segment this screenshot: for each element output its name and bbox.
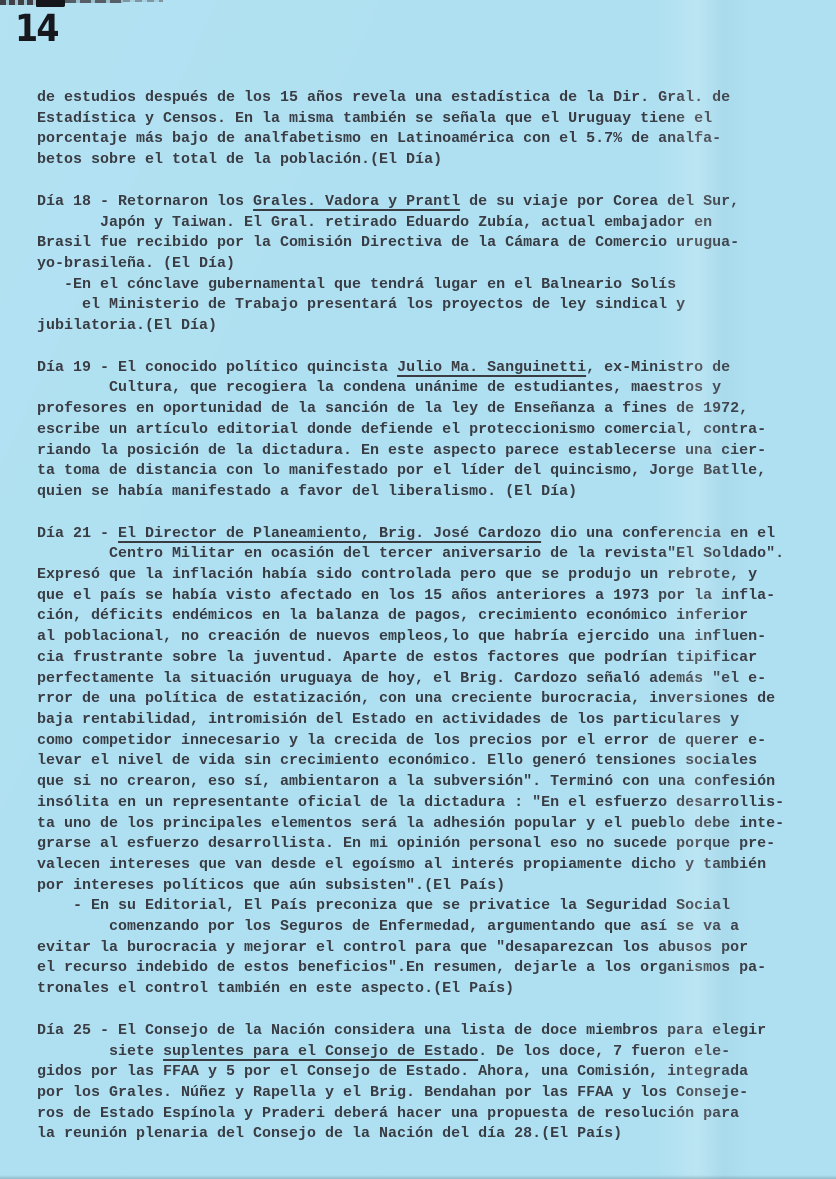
text-segment: levar el nivel de vida sin crecimiento e… — [37, 752, 757, 769]
text-segment: - En su Editorial, El País preconiza que… — [37, 897, 730, 914]
paragraph-dia-25: Día 25 - El Consejo de la Nación conside… — [37, 1021, 827, 1145]
text-line: por intereses políticos que aún subsiste… — [37, 876, 827, 897]
scan-mark — [36, 0, 65, 7]
text-segment: valecen intereses que van desde el egoís… — [37, 856, 766, 873]
scan-mark — [123, 0, 163, 2]
text-line: -En el cónclave gubernamental que tendrá… — [37, 275, 827, 296]
scan-mark — [0, 0, 38, 5]
text-segment: Japón y Taiwan. El Gral. retirado Eduard… — [37, 214, 712, 231]
text-segment: de estudios después de los 15 años revel… — [37, 89, 730, 106]
paragraph-dia-21: Día 21 - El Director de Planeamiento, Br… — [37, 524, 827, 1000]
paragraph-intro: de estudios después de los 15 años revel… — [37, 88, 827, 171]
text-segment: insólita en un representante oficial de … — [37, 794, 784, 811]
text-line: por los Grales. Núñez y Rapella y el Bri… — [37, 1083, 827, 1104]
text-line: Día 18 - Retornaron los Grales. Vadora y… — [37, 192, 827, 213]
text-line: porcentaje más bajo de analfabetismo en … — [37, 129, 827, 150]
underlined-text: Julio Ma. Sanguinetti — [397, 359, 586, 376]
text-segment: el Ministerio de Trabajo presentará los … — [37, 296, 685, 313]
text-line: que si no crearon, eso sí, ambientaron a… — [37, 772, 827, 793]
text-line: como competidor innecesario y la crecida… — [37, 731, 827, 752]
text-line: grarse al esfuerzo desarrollista. En mi … — [37, 834, 827, 855]
text-line: que el país se había visto afectado en l… — [37, 586, 827, 607]
text-segment: jubilatoria.(El Día) — [37, 317, 217, 334]
text-segment: la reunión plenaria del Consejo de la Na… — [37, 1125, 622, 1142]
text-line: insólita en un representante oficial de … — [37, 793, 827, 814]
text-segment: quien se había manifestado a favor del l… — [37, 483, 577, 500]
text-line: valecen intereses que van desde el egoís… — [37, 855, 827, 876]
text-line: de estudios después de los 15 años revel… — [37, 88, 827, 109]
text-segment: como competidor innecesario y la crecida… — [37, 732, 766, 749]
text-segment: Día 19 - El conocido político quincista — [37, 359, 397, 376]
text-line: Centro Militar en ocasión del tercer ani… — [37, 544, 827, 565]
text-segment: el recurso indebido de estos beneficios"… — [37, 959, 766, 976]
text-segment: Día 21 - — [37, 525, 118, 542]
scanned-page: 14 de estudios después de los 15 años re… — [0, 0, 836, 1179]
text-segment: ros de Estado Espínola y Praderi deberá … — [37, 1105, 739, 1122]
text-segment: rror de una política de estatización, co… — [37, 690, 775, 707]
text-line: perfectamente la situación uruguaya de h… — [37, 669, 827, 690]
text-line: riando la posición de la dictadura. En e… — [37, 441, 827, 462]
text-line: Estadística y Censos. En la misma tambié… — [37, 109, 827, 130]
text-line: al poblacional, no creación de nuevos em… — [37, 627, 827, 648]
text-segment: Estadística y Censos. En la misma tambié… — [37, 110, 712, 127]
text-segment: siete — [37, 1043, 163, 1060]
text-segment: porcentaje más bajo de analfabetismo en … — [37, 130, 721, 147]
text-segment: comenzando por los Seguros de Enfermedad… — [37, 918, 739, 935]
text-segment: riando la posición de la dictadura. En e… — [37, 442, 766, 459]
text-segment: -En el cónclave gubernamental que tendrá… — [37, 276, 676, 293]
text-line: ros de Estado Espínola y Praderi deberá … — [37, 1104, 827, 1125]
text-segment: Día 25 - El Consejo de la Nación conside… — [37, 1022, 766, 1039]
text-segment: betos sobre el total de la población.(El… — [37, 151, 442, 168]
text-line: Cultura, que recogiera la condena unánim… — [37, 378, 827, 399]
text-segment: Expresó que la inflación había sido cont… — [37, 566, 757, 583]
text-line: rror de una política de estatización, co… — [37, 689, 827, 710]
text-segment: al poblacional, no creación de nuevos em… — [37, 628, 766, 645]
text-segment: profesores en oportunidad de la sanción … — [37, 400, 748, 417]
text-segment: ta uno de los principales elementos será… — [37, 815, 784, 832]
text-segment: Cultura, que recogiera la condena unánim… — [37, 379, 721, 396]
underlined-text: suplentes para el Consejo de Estado — [163, 1043, 478, 1060]
text-segment: . De los doce, 7 fueron ele- — [478, 1043, 730, 1060]
text-segment: evitar la burocracia y mejorar el contro… — [37, 939, 748, 956]
text-segment: de su viaje por Corea del Sur, — [460, 193, 739, 210]
text-line: baja rentabilidad, intromisión del Estad… — [37, 710, 827, 731]
document-text: de estudios después de los 15 años revel… — [37, 88, 827, 1166]
text-segment: yo-brasileña. (El Día) — [37, 255, 235, 272]
paragraph-dia-18: Día 18 - Retornaron los Grales. Vadora y… — [37, 192, 827, 337]
text-segment: que si no crearon, eso sí, ambientaron a… — [37, 773, 775, 790]
text-line: evitar la burocracia y mejorar el contro… — [37, 938, 827, 959]
text-segment: baja rentabilidad, intromisión del Estad… — [37, 711, 739, 728]
text-line: levar el nivel de vida sin crecimiento e… — [37, 751, 827, 772]
text-line: ta toma de distancia con lo manifestado … — [37, 461, 827, 482]
text-segment: ción, déficits endémicos en la balanza d… — [37, 607, 748, 624]
text-line: el recurso indebido de estos beneficios"… — [37, 958, 827, 979]
text-line: Japón y Taiwan. El Gral. retirado Eduard… — [37, 213, 827, 234]
text-segment: Día 18 - Retornaron los — [37, 193, 253, 210]
text-segment: que el país se había visto afectado en l… — [37, 587, 775, 604]
scan-mark — [65, 0, 123, 3]
text-line: jubilatoria.(El Día) — [37, 316, 827, 337]
underlined-text: Grales. Vadora y Prantl — [253, 193, 460, 210]
text-segment: gidos por las FFAA y 5 por el Consejo de… — [37, 1063, 748, 1080]
text-segment: por los Grales. Núñez y Rapella y el Bri… — [37, 1084, 748, 1101]
text-segment: ta toma de distancia con lo manifestado … — [37, 462, 766, 479]
page-number: 14 — [15, 10, 58, 47]
text-segment: cia frustrante sobre la juventud. Aparte… — [37, 649, 757, 666]
paragraph-dia-19: Día 19 - El conocido político quincista … — [37, 358, 827, 503]
underlined-text: El Director de Planeamiento, Brig. José … — [118, 525, 541, 542]
text-line: quien se había manifestado a favor del l… — [37, 482, 827, 503]
text-line: cia frustrante sobre la juventud. Aparte… — [37, 648, 827, 669]
text-line: ta uno de los principales elementos será… — [37, 814, 827, 835]
text-line: Expresó que la inflación había sido cont… — [37, 565, 827, 586]
text-line: Día 21 - El Director de Planeamiento, Br… — [37, 524, 827, 545]
text-line: gidos por las FFAA y 5 por el Consejo de… — [37, 1062, 827, 1083]
text-line: Brasil fue recibido por la Comisión Dire… — [37, 233, 827, 254]
text-line: ción, déficits endémicos en la balanza d… — [37, 606, 827, 627]
text-line: comenzando por los Seguros de Enfermedad… — [37, 917, 827, 938]
text-segment: por intereses políticos que aún subsiste… — [37, 877, 505, 894]
text-line: Día 19 - El conocido político quincista … — [37, 358, 827, 379]
text-line: el Ministerio de Trabajo presentará los … — [37, 295, 827, 316]
scan-artifact-bottom — [0, 1175, 836, 1179]
text-line: tronales el control también en este aspe… — [37, 979, 827, 1000]
text-segment: Centro Militar en ocasión del tercer ani… — [37, 545, 784, 562]
text-segment: escribe un artículo editorial donde defi… — [37, 421, 766, 438]
text-line: siete suplentes para el Consejo de Estad… — [37, 1042, 827, 1063]
text-line: yo-brasileña. (El Día) — [37, 254, 827, 275]
text-line: escribe un artículo editorial donde defi… — [37, 420, 827, 441]
text-segment: perfectamente la situación uruguaya de h… — [37, 670, 766, 687]
text-line: betos sobre el total de la población.(El… — [37, 150, 827, 171]
text-line: - En su Editorial, El País preconiza que… — [37, 896, 827, 917]
text-segment: Brasil fue recibido por la Comisión Dire… — [37, 234, 739, 251]
text-line: Día 25 - El Consejo de la Nación conside… — [37, 1021, 827, 1042]
text-segment: tronales el control también en este aspe… — [37, 980, 514, 997]
text-segment: dio una conferencia en el — [541, 525, 775, 542]
text-line: profesores en oportunidad de la sanción … — [37, 399, 827, 420]
text-line: la reunión plenaria del Consejo de la Na… — [37, 1124, 827, 1145]
text-segment: grarse al esfuerzo desarrollista. En mi … — [37, 835, 775, 852]
text-segment: , ex-Ministro de — [586, 359, 730, 376]
